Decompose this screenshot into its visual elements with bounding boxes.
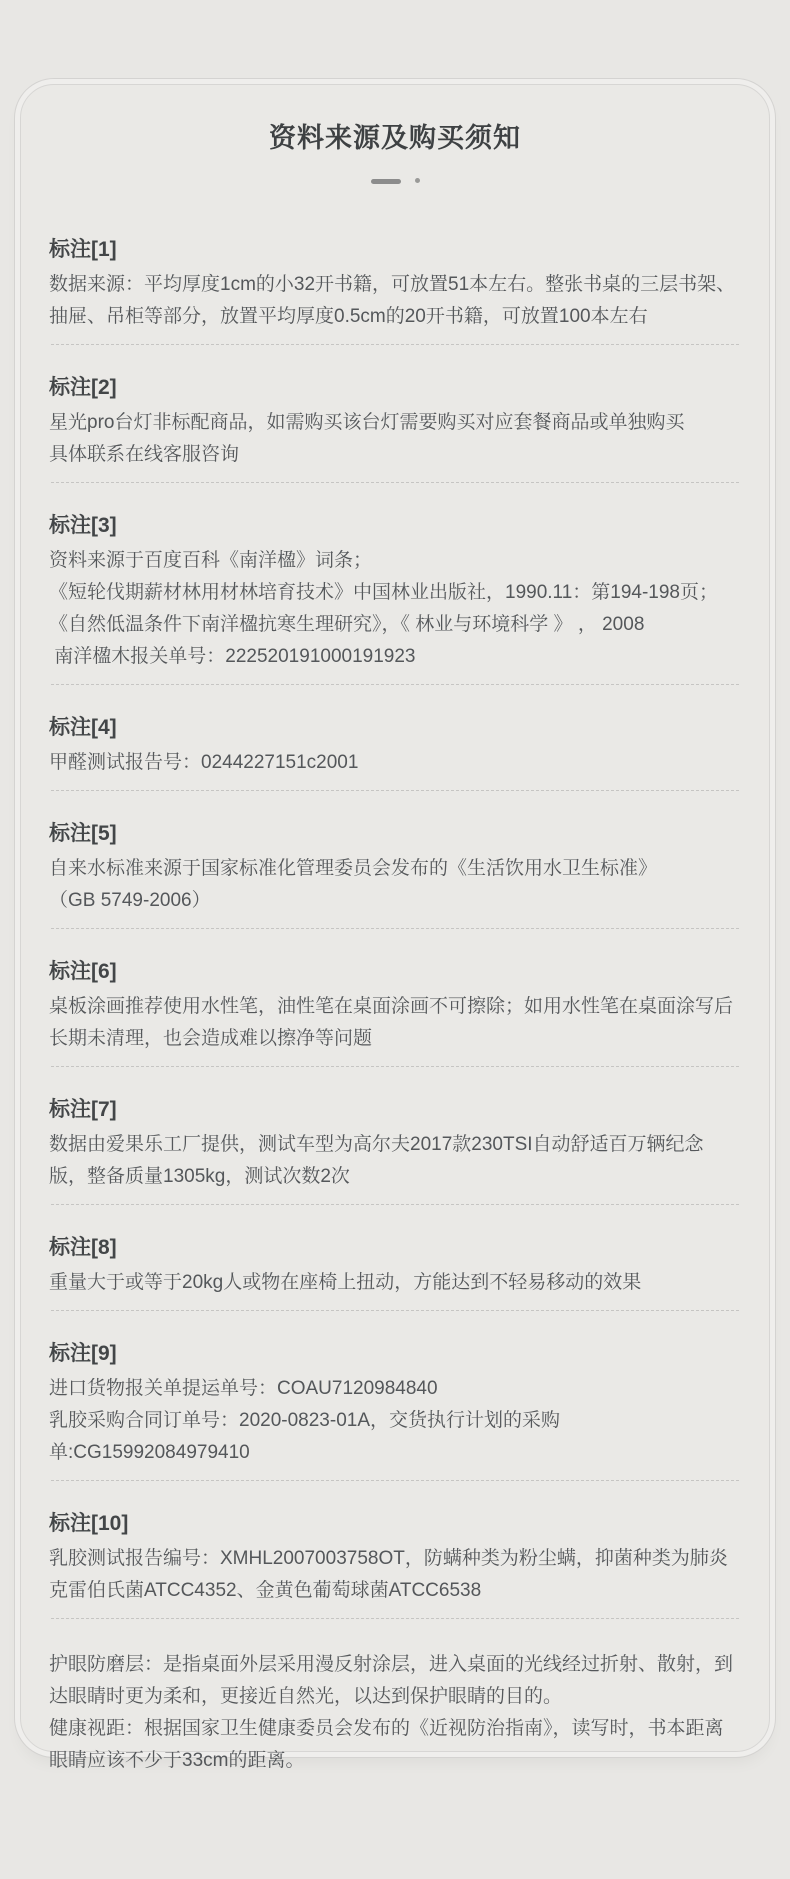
note-line: 甲醛测试报告号：0244227151c2001 [49, 747, 741, 779]
section-divider [51, 1066, 739, 1067]
note-body: 重量大于或等于20kg人或物在座椅上扭动，方能达到不轻易移动的效果 [49, 1267, 741, 1299]
note-line: 资料来源于百度百科《南洋楹》词条； [49, 545, 741, 577]
ornament-dash-icon [371, 179, 401, 184]
footer-line: 护眼防磨层：是指桌面外层采用漫反射涂层，进入桌面的光线经过折射、散射，到达眼睛时… [49, 1649, 741, 1713]
footer-notes: 护眼防磨层：是指桌面外层采用漫反射涂层，进入桌面的光线经过折射、散射，到达眼睛时… [49, 1649, 741, 1777]
note-section-10: 标注[10] 乳胶测试报告编号：XMHL2007003758OT，防螨种类为粉尘… [49, 1511, 741, 1619]
note-section-6: 标注[6] 桌板涂画推荐使用水性笔，油性笔在桌面涂画不可擦除；如用水性笔在桌面涂… [49, 959, 741, 1067]
footer-line: 健康视距：根据国家卫生健康委员会发布的《近视防治指南》，读写时，书本距离眼睛应该… [49, 1713, 741, 1777]
section-divider [51, 344, 739, 345]
note-label: 标注[10] [49, 1511, 741, 1536]
page-title: 资料来源及购买须知 [49, 119, 741, 157]
note-section-9: 标注[9] 进口货物报关单提运单号：COAU7120984840乳胶采购合同订单… [49, 1341, 741, 1481]
title-ornament [49, 177, 741, 185]
section-divider [51, 684, 739, 685]
note-line: 乳胶测试报告编号：XMHL2007003758OT，防螨种类为粉尘螨，抑菌种类为… [49, 1543, 741, 1607]
note-section-7: 标注[7] 数据由爱果乐工厂提供，测试车型为高尔夫2017款230TSI自动舒适… [49, 1097, 741, 1205]
page-background: 资料来源及购买须知 标注[1] 数据来源：平均厚度1cm的小32开书籍，可放置5… [0, 0, 790, 1879]
note-line: 重量大于或等于20kg人或物在座椅上扭动，方能达到不轻易移动的效果 [49, 1267, 741, 1299]
note-section-5: 标注[5] 自来水标准来源于国家标准化管理委员会发布的《生活饮用水卫生标准》（G… [49, 821, 741, 929]
note-label: 标注[3] [49, 513, 741, 538]
note-section-2: 标注[2] 星光pro台灯非标配商品，如需购买该台灯需要购买对应套餐商品或单独购… [49, 375, 741, 483]
note-label: 标注[7] [49, 1097, 741, 1122]
note-label: 标注[8] [49, 1235, 741, 1260]
note-line: 《自然低温条件下南洋楹抗寒生理研究》，《 林业与环境科学 》 ， 2008 [49, 609, 741, 641]
note-line: 数据由爱果乐工厂提供，测试车型为高尔夫2017款230TSI自动舒适百万辆纪念版… [49, 1129, 741, 1193]
section-divider [51, 1480, 739, 1481]
ornament-dot-icon [415, 178, 420, 183]
note-body: 桌板涂画推荐使用水性笔，油性笔在桌面涂画不可擦除；如用水性笔在桌面涂写后长期未清… [49, 991, 741, 1055]
note-line: 桌板涂画推荐使用水性笔，油性笔在桌面涂画不可擦除；如用水性笔在桌面涂写后长期未清… [49, 991, 741, 1055]
note-label: 标注[6] [49, 959, 741, 984]
notes-list: 标注[1] 数据来源：平均厚度1cm的小32开书籍，可放置51本左右。整张书桌的… [49, 237, 741, 1619]
note-line: 乳胶采购合同订单号：2020-0823-01A，交货执行计划的采购单:CG159… [49, 1405, 741, 1469]
info-card: 资料来源及购买须知 标注[1] 数据来源：平均厚度1cm的小32开书籍，可放置5… [20, 84, 770, 1752]
note-section-1: 标注[1] 数据来源：平均厚度1cm的小32开书籍，可放置51本左右。整张书桌的… [49, 237, 741, 345]
section-divider [51, 1618, 739, 1619]
note-label: 标注[1] [49, 237, 741, 262]
note-body: 进口货物报关单提运单号：COAU7120984840乳胶采购合同订单号：2020… [49, 1373, 741, 1469]
note-body: 星光pro台灯非标配商品，如需购买该台灯需要购买对应套餐商品或单独购买具体联系在… [49, 407, 741, 471]
section-divider [51, 1204, 739, 1205]
note-label: 标注[2] [49, 375, 741, 400]
note-section-4: 标注[4] 甲醛测试报告号：0244227151c2001 [49, 715, 741, 791]
note-label: 标注[5] [49, 821, 741, 846]
note-line: 《短轮伐期薪材林用材林培育技术》中国林业出版社，1990.11：第194-198… [49, 577, 741, 609]
note-line: 星光pro台灯非标配商品，如需购买该台灯需要购买对应套餐商品或单独购买 [49, 407, 741, 439]
section-divider [51, 1310, 739, 1311]
note-line: 南洋楹木报关单号：222520191000191923 [49, 641, 741, 673]
note-line: 自来水标准来源于国家标准化管理委员会发布的《生活饮用水卫生标准》 [49, 853, 741, 885]
note-line: （GB 5749-2006） [49, 885, 741, 917]
section-divider [51, 928, 739, 929]
note-label: 标注[4] [49, 715, 741, 740]
note-section-3: 标注[3] 资料来源于百度百科《南洋楹》词条；《短轮伐期薪材林用材林培育技术》中… [49, 513, 741, 685]
note-body: 数据由爱果乐工厂提供，测试车型为高尔夫2017款230TSI自动舒适百万辆纪念版… [49, 1129, 741, 1193]
note-section-8: 标注[8] 重量大于或等于20kg人或物在座椅上扭动，方能达到不轻易移动的效果 [49, 1235, 741, 1311]
note-body: 自来水标准来源于国家标准化管理委员会发布的《生活饮用水卫生标准》（GB 5749… [49, 853, 741, 917]
note-line: 数据来源：平均厚度1cm的小32开书籍，可放置51本左右。整张书桌的三层书架、抽… [49, 269, 741, 333]
note-line: 进口货物报关单提运单号：COAU7120984840 [49, 1373, 741, 1405]
section-divider [51, 482, 739, 483]
note-body: 乳胶测试报告编号：XMHL2007003758OT，防螨种类为粉尘螨，抑菌种类为… [49, 1543, 741, 1607]
note-body: 资料来源于百度百科《南洋楹》词条；《短轮伐期薪材林用材林培育技术》中国林业出版社… [49, 545, 741, 673]
note-body: 甲醛测试报告号：0244227151c2001 [49, 747, 741, 779]
section-divider [51, 790, 739, 791]
note-body: 数据来源：平均厚度1cm的小32开书籍，可放置51本左右。整张书桌的三层书架、抽… [49, 269, 741, 333]
note-label: 标注[9] [49, 1341, 741, 1366]
note-line: 具体联系在线客服咨询 [49, 439, 741, 471]
